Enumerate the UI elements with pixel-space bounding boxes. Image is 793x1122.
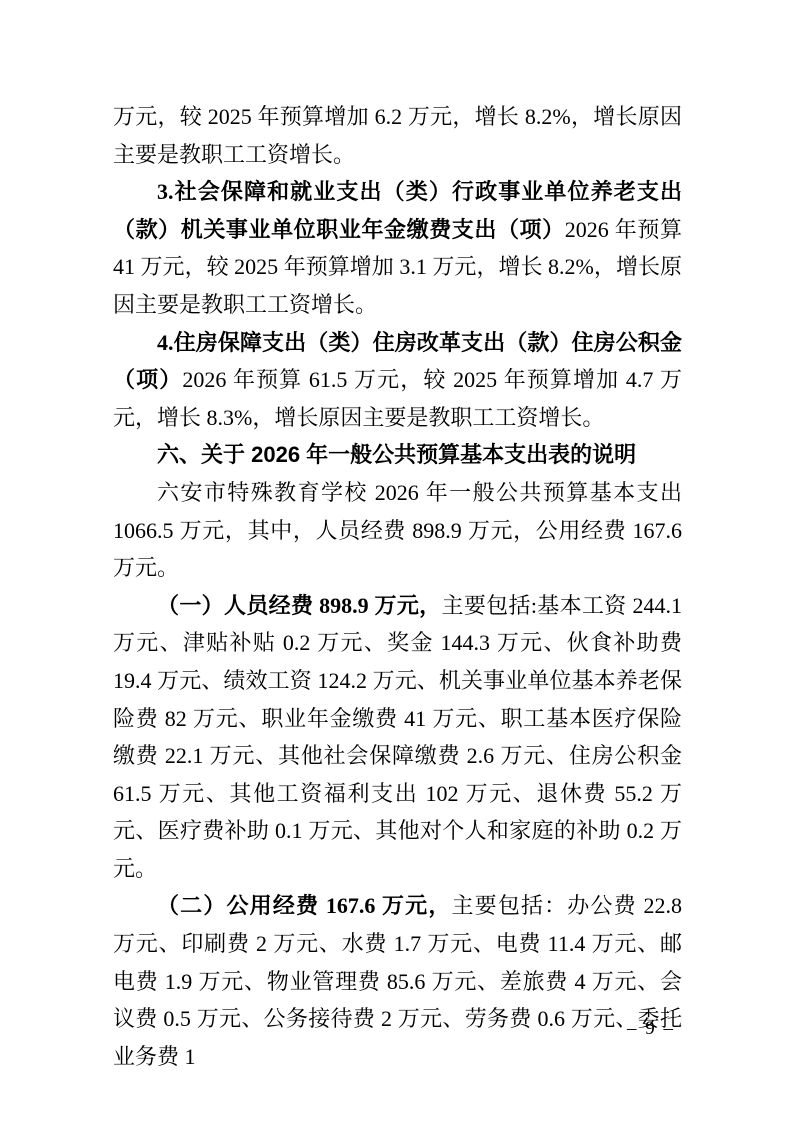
paragraph: 六安市特殊教育学校 2026 年一般公共预算基本支出 1066.5 万元，其中，… [113,474,682,587]
section-heading: 六、关于 2026 年一般公共预算基本支出表的说明 [113,436,682,474]
paragraph: （二）公用经费 167.6 万元，主要包括：办公费 22.8 万元、印刷费 2 … [113,887,682,1075]
paragraph: 3.社会保障和就业支出（类）行政事业单位养老支出（款）机关事业单位职业年金缴费支… [113,173,682,323]
paragraph-text: 万元，较 2025 年预算增加 6.2 万元，增长 8.2%，增长原因主要是教职… [113,104,682,167]
paragraph-lead: （二）公用经费 167.6 万元， [157,893,451,918]
paragraph-text: 主要包括：办公费 22.8 万元、印刷费 2 万元、水费 1.7 万元、电费 1… [113,893,682,1068]
document-page: 万元，较 2025 年预算增加 6.2 万元，增长 8.2%，增长原因主要是教职… [0,0,793,1122]
document-body: 万元，较 2025 年预算增加 6.2 万元，增长 8.2%，增长原因主要是教职… [113,98,682,1075]
paragraph: 万元，较 2025 年预算增加 6.2 万元，增长 8.2%，增长原因主要是教职… [113,98,682,173]
page-number: – 9 – [627,1014,675,1044]
paragraph: 4.住房保障支出（类）住房改革支出（款）住房公积金（项）2026 年预算 61.… [113,324,682,437]
paragraph-text: 六安市特殊教育学校 2026 年一般公共预算基本支出 1066.5 万元，其中，… [113,480,682,580]
paragraph-text: 主要包括:基本工资 244.1 万元、津贴补贴 0.2 万元、奖金 144.3 … [113,593,682,881]
section-heading-text: 六、关于 2026 年一般公共预算基本支出表的说明 [157,442,636,467]
paragraph-lead: （一）人员经费 898.9 万元， [157,593,442,618]
paragraph-text: 2026 年预算 61.5 万元，较 2025 年预算增加 4.7 万元，增长 … [113,367,682,430]
paragraph: （一）人员经费 898.9 万元，主要包括:基本工资 244.1 万元、津贴补贴… [113,587,682,888]
